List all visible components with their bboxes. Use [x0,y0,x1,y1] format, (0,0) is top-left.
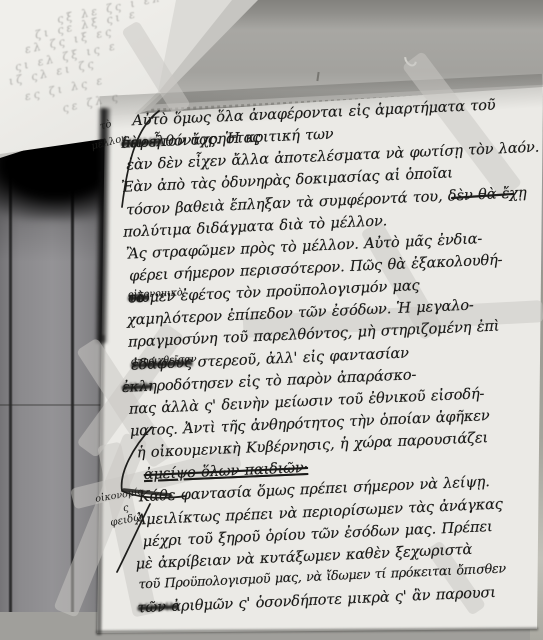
scribbled-out-word: ×××××× [131,353,193,373]
manuscript-photo-scan: ςξ λε ζς ι ελζι ςε λξ ςι εελ ζς ιξ εςςι … [0,0,543,640]
scribbled-out-word: ×××× [137,598,179,617]
handwritten-text: Αὐτὸ ὅμως ὅλα ἀναφέρονται εἰς ἁμαρτήματα… [116,94,543,622]
line-text: τὸ [128,289,145,307]
background-scratch [0,404,104,406]
